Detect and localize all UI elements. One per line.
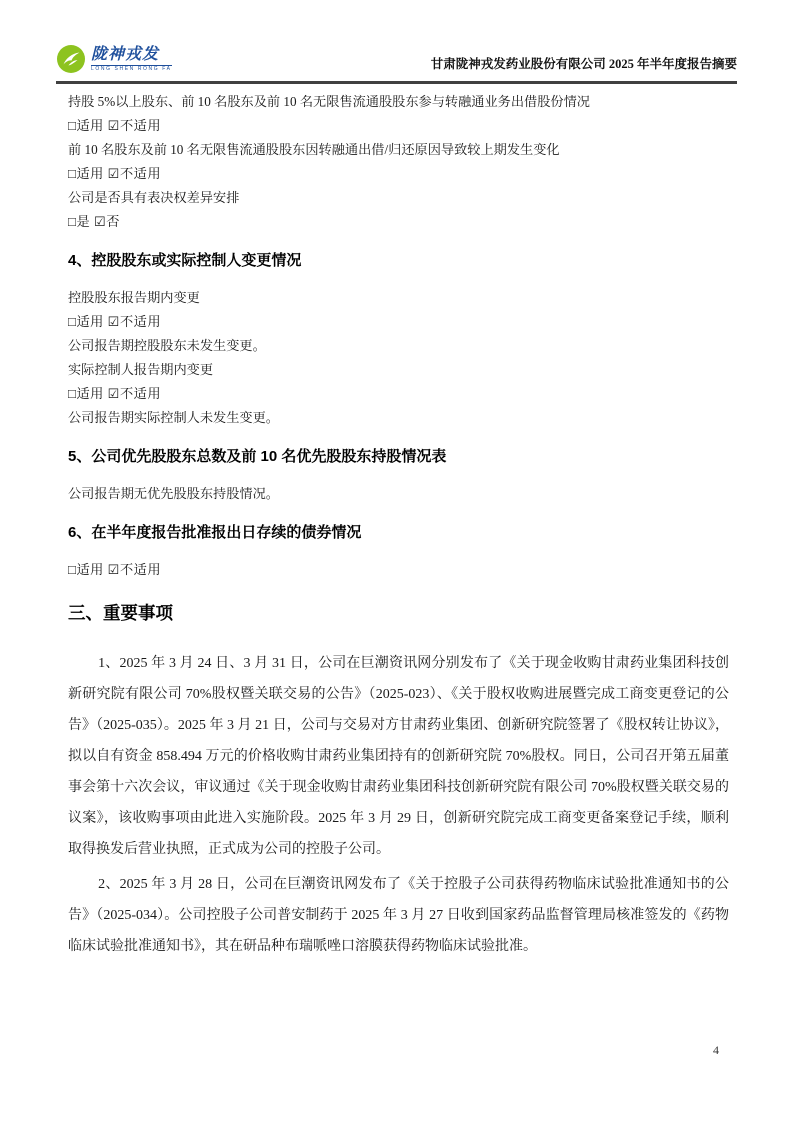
checkbox-line-voting: □是 ☑否: [68, 210, 729, 234]
statement-no-actual-change: 公司报告期实际控制人未发生变更。: [68, 406, 729, 430]
document-title: 甘肃陇神戎发药业股份有限公司 2025 年半年度报告摘要: [431, 54, 737, 74]
company-logo: 陇神戎发 LONG SHEN RONG FA: [56, 44, 172, 74]
statement-actual-controller: 实际控制人报告期内变更: [68, 358, 729, 382]
important-matter-paragraph-1: 1、2025 年 3 月 24 日、3 月 31 日，公司在巨潮资讯网分别发布了…: [68, 648, 729, 865]
statement-voting-rights: 公司是否具有表决权差异安排: [68, 186, 729, 210]
page-number: 4: [713, 1043, 719, 1058]
checkbox-line-controller: □适用 ☑不适用: [68, 310, 729, 334]
section-6-heading: 6、在半年度报告批准报出日存续的债券情况: [68, 521, 729, 545]
important-matter-paragraph-2: 2、2025 年 3 月 28 日，公司在巨潮资讯网发布了《关于控股子公司获得药…: [68, 869, 729, 962]
logo-bird-icon: [56, 44, 86, 74]
chapter-3-heading: 三、重要事项: [68, 600, 729, 626]
logo-chinese-name: 陇神戎发: [91, 47, 172, 63]
checkbox-line-lending: □适用 ☑不适用: [68, 114, 729, 138]
section-5-heading: 5、公司优先股股东总数及前 10 名优先股股东持股情况表: [68, 445, 729, 469]
checkbox-line-actual: □适用 ☑不适用: [68, 382, 729, 406]
document-body: 持股 5%以上股东、前 10 名股东及前 10 名无限售流通股股东参与转融通业务…: [68, 90, 729, 966]
statement-no-controller-change: 公司报告期控股股东未发生变更。: [68, 334, 729, 358]
checkbox-line-top10: □适用 ☑不适用: [68, 162, 729, 186]
statement-no-preferred-shares: 公司报告期无优先股股东持股情况。: [68, 482, 729, 506]
page-header: 陇神戎发 LONG SHEN RONG FA 甘肃陇神戎发药业股份有限公司 20…: [56, 44, 737, 84]
logo-text: 陇神戎发 LONG SHEN RONG FA: [91, 47, 172, 72]
statement-controller-change: 控股股东报告期内变更: [68, 286, 729, 310]
section-4-heading: 4、控股股东或实际控制人变更情况: [68, 249, 729, 273]
report-page: 陇神戎发 LONG SHEN RONG FA 甘肃陇神戎发药业股份有限公司 20…: [0, 0, 793, 1122]
checkbox-line-bonds: □适用 ☑不适用: [68, 558, 729, 582]
statement-top10-change: 前 10 名股东及前 10 名无限售流通股股东因转融通出借/归还原因导致较上期发…: [68, 138, 729, 162]
statement-lending-title: 持股 5%以上股东、前 10 名股东及前 10 名无限售流通股股东参与转融通业务…: [68, 90, 729, 114]
logo-english-name: LONG SHEN RONG FA: [91, 65, 172, 72]
